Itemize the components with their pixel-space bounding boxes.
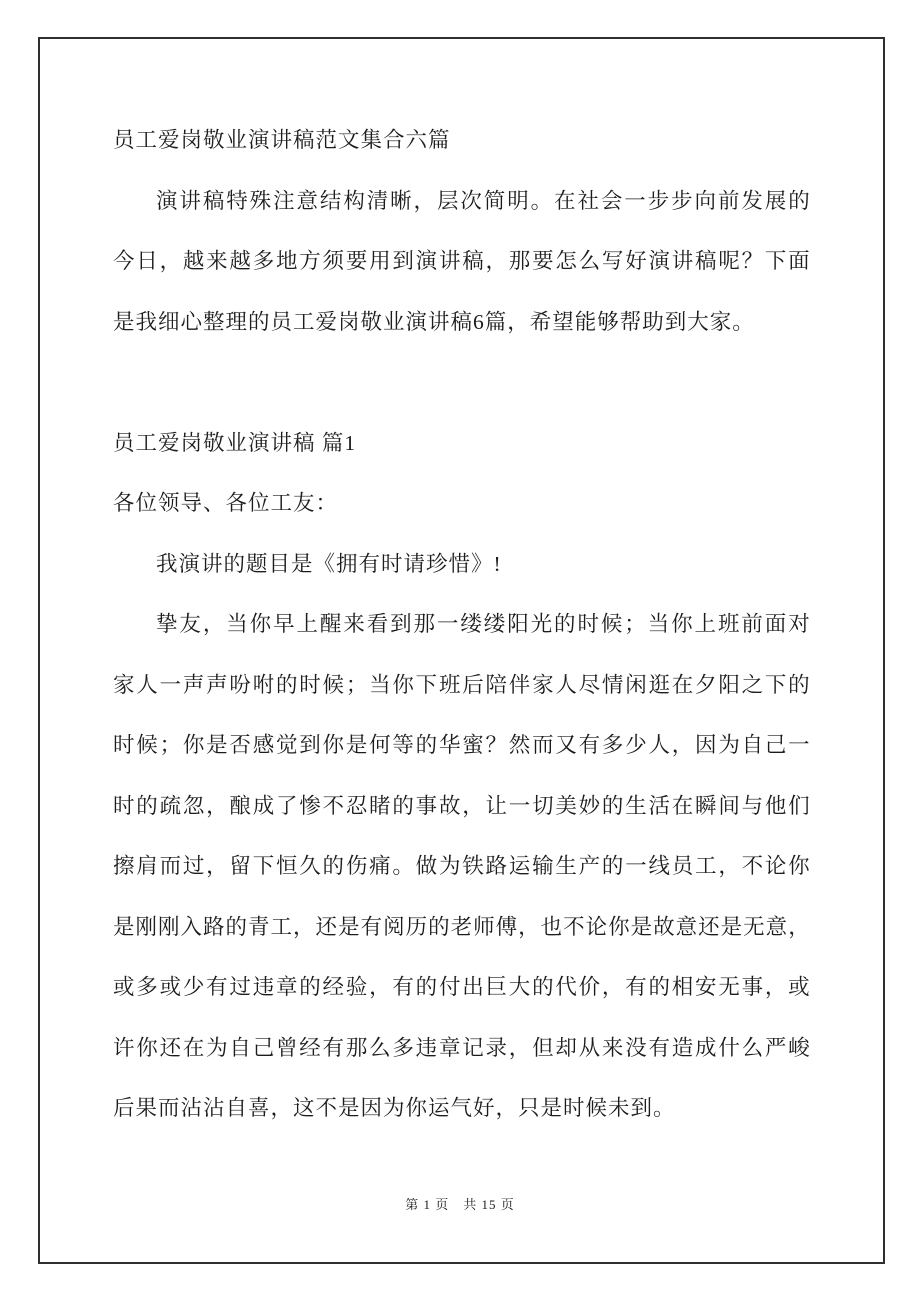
text-line: 许你还在为自己曾经有那么多违章记录，但却从来没有造成什么严峻 xyxy=(113,1018,810,1079)
text-line: 家人一声声吩咐的时候；当你下班后陪伴家人尽情闲逛在夕阳之下的 xyxy=(113,655,810,716)
text-line: 今日，越来越多地方须要用到演讲稿，那要怎么写好演讲稿呢？下面 xyxy=(113,231,810,292)
text-line: 是刚刚入路的青工，还是有阅历的老师傅，也不论你是故意还是无意， xyxy=(113,897,810,958)
document-title: 员工爱岗敬业演讲稿范文集合六篇 xyxy=(113,110,810,171)
text-line: 擦肩而过，留下恒久的伤痛。做为铁路运输生产的一线员工，不论你 xyxy=(113,836,810,897)
text-line: 挚友，当你早上醒来看到那一缕缕阳光的时候；当你上班前面对 xyxy=(113,594,810,655)
blank-line xyxy=(113,352,810,413)
text-line: 我演讲的题目是《拥有时请珍惜》! xyxy=(113,534,810,595)
document-body: 员工爱岗敬业演讲稿范文集合六篇 演讲稿特殊注意结构清晰，层次简明。在社会一步步向… xyxy=(113,110,810,1139)
text-line: 或多或少有过违章的经验，有的付出巨大的代价，有的相安无事，或 xyxy=(113,957,810,1018)
section-heading: 员工爱岗敬业演讲稿 篇1 xyxy=(113,413,810,474)
document-page: 员工爱岗敬业演讲稿范文集合六篇 演讲稿特殊注意结构清晰，层次简明。在社会一步步向… xyxy=(0,0,920,1302)
text-line: 时的疏忽，酿成了惨不忍睹的事故，让一切美妙的生活在瞬间与他们 xyxy=(113,776,810,837)
text-line: 演讲稿特殊注意结构清晰，层次简明。在社会一步步向前发展的 xyxy=(113,171,810,232)
salutation-line: 各位领导、各位工友： xyxy=(113,473,810,534)
text-line: 是我细心整理的员工爱岗敬业演讲稿6篇，希望能够帮助到大家。 xyxy=(113,292,810,353)
text-line: 时候；你是否感觉到你是何等的华蜜？然而又有多少人，因为自己一 xyxy=(113,715,810,776)
page-footer: 第 1 页 共 15 页 xyxy=(0,1195,920,1215)
text-line: 后果而沾沾自喜，这不是因为你运气好，只是时候未到。 xyxy=(113,1078,810,1139)
